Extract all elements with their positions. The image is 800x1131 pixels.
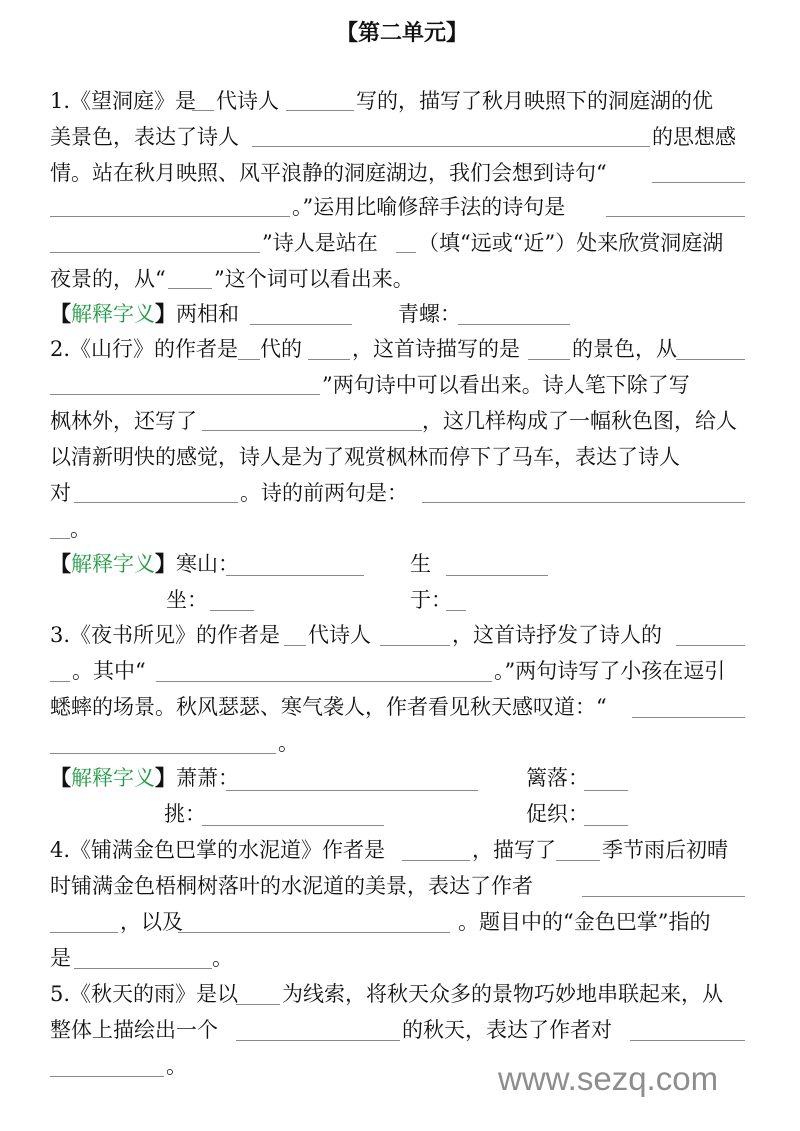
q1-blank-verse-a[interactable] [652,182,745,183]
q3-text: 3.《夜书所见》的作者是 [50,622,280,648]
q1-text: 的思想感 [652,124,736,150]
vocab-term-hanshan: 寒山： [176,552,239,576]
q2-text: 以清新明快的感觉，诗人是为了观赏枫林而停下了马车，表达了诗人 [50,444,680,470]
q1-text: 情。站在秋月映照、风平浪静的洞庭湖边，我们会想到诗句“ [50,160,607,186]
vocab-term-xiaoxiao: 萧萧： [176,766,239,790]
q5-text: 。 [166,1053,187,1079]
q3-blank-verse[interactable] [156,681,492,682]
q4-blank-author[interactable] [402,860,470,861]
q3-text: 。其中“ [72,658,146,684]
q2-blank-yu[interactable] [446,610,466,611]
bracket-close: 】 [155,765,176,790]
q3-text: 代诗人 [308,622,371,648]
q4-text: 4.《铺满金色巴掌的水泥道》作者是 [50,837,385,863]
q2-blank-first-lines-b[interactable] [50,538,70,539]
q2-text: 对 [50,480,71,506]
vocab-term-zuo: 坐： [166,587,208,613]
q3-vocab: 【解释字义】萧萧： [50,765,239,791]
q5-blank-feeling-a[interactable] [630,1040,745,1041]
q1-blank-verse-b[interactable] [50,216,290,217]
q1-blank-qingluo[interactable] [458,324,570,325]
q4-text: 是 [50,945,71,971]
q4-blank-golden-palm[interactable] [74,968,212,969]
q5-text: 整体上描绘出一个 [50,1017,218,1043]
q2-blank-sheng[interactable] [446,575,548,576]
vocab-label: 解释字义 [71,302,155,326]
q2-blank-hanshan[interactable] [226,575,364,576]
q1-text: 1.《望洞庭》是 [50,88,196,114]
q5-text: 的秋天，表达了作者对 [402,1017,612,1043]
bracket-open: 【 [50,765,71,790]
bracket-close: 】 [155,551,176,576]
q2-text: 。 [70,516,91,542]
q1-blank-emotion[interactable] [252,146,650,147]
q3-text: 。 [278,730,299,756]
q1-blank-metaphor-a[interactable] [606,216,745,217]
q4-blank-emotion-b[interactable] [50,932,118,933]
q4-blank-season[interactable] [556,860,600,861]
q2-text: 的景色，从 [572,336,677,362]
q5-blank-autumn[interactable] [236,1040,400,1041]
q5-text: 5.《秋天的雨》是以 [50,981,238,1007]
q3-blank-poet[interactable] [380,645,450,646]
q2-blank-verse-a[interactable] [676,359,745,360]
q5-text: 为线索，将秋天众多的景物巧妙地串联起来，从 [282,981,723,1007]
q4-text: 时铺满金色梧桐树落叶的水泥道的美景，表达了作者 [50,873,533,899]
q4-text: 。题目中的“金色巴掌”指的 [458,909,710,935]
q2-blank-scenery[interactable] [202,430,422,431]
q1-text: 夜景的，从“ [50,266,166,292]
bracket-open: 【 [50,301,71,326]
q3-blank-tiao[interactable] [202,825,384,826]
q3-text: 蟋蟀的场景。秋风瑟瑟、寒气袭人，作者看见秋天感叹道：“ [50,694,607,720]
q2-text: ，这首诗描写的是 [352,336,520,362]
bracket-open: 【 [50,551,71,576]
q1-text: 。”运用比喻修辞手法的诗句是 [292,194,565,220]
section-title: 【第二单元】 [336,20,468,46]
q3-blank-emotion-b[interactable] [50,681,70,682]
q3-text: ，这首诗抒发了诗人的 [452,622,662,648]
q2-text: 代的 [260,336,302,362]
q5-blank-clue[interactable] [236,1004,280,1005]
vocab-term-liluo: 篱落： [526,765,589,791]
q5-blank-feeling-b[interactable] [50,1076,164,1077]
q2-blank-first-lines-a[interactable] [422,502,745,503]
q3-blank-cuzhi[interactable] [584,825,628,826]
q1-blank-word[interactable] [168,288,212,289]
q3-blank-sigh-a[interactable] [632,717,745,718]
watermark: www.sezq.com [498,1060,718,1098]
vocab-label: 解释字义 [71,552,155,576]
q2-vocab: 【解释字义】寒山： [50,551,239,577]
q2-text: 枫林外，还写了 [50,408,197,434]
q1-text: （填“远或“近”）处来欣赏洞庭湖 [418,230,723,256]
q1-text: 代诗人 [216,88,279,114]
q4-text: 。 [212,945,233,971]
q1-text: ”诗人是站在 [262,230,378,256]
q1-blank-far-near[interactable] [396,252,416,253]
q2-blank-season[interactable] [528,359,570,360]
vocab-term-sheng: 生 [410,551,431,577]
q2-blank-feeling[interactable] [74,502,238,503]
q1-blank-liangxianghe[interactable] [250,324,352,325]
vocab-term-qingluo: 青螺： [398,301,461,327]
vocab-label: 解释字义 [71,766,155,790]
q2-text: 2.《山行》的作者是 [50,336,238,362]
q2-blank-dynasty[interactable] [238,359,260,360]
q3-blank-dynasty[interactable] [284,645,306,646]
q2-blank-verse-b[interactable] [50,394,320,395]
q3-text: 。”两句诗写了小孩在逗引 [494,658,725,684]
vocab-term-cuzhi: 促织： [526,801,589,827]
q1-text: ”这个词可以看出来。 [214,266,414,292]
q1-vocab: 【解释字义】两相和 [50,301,239,327]
vocab-term-liangxianghe: 两相和 [176,302,239,326]
q2-text: ”两句诗中可以看出来。诗人笔下除了写 [322,372,690,398]
q2-blank-zuo[interactable] [210,610,254,611]
q4-blank-emotion-a[interactable] [582,896,745,897]
q3-blank-sigh-b[interactable] [50,753,276,754]
q4-text: ，描写了 [472,837,556,863]
q1-blank-poet[interactable] [286,110,354,111]
q4-text: 季节雨后初晴 [602,837,728,863]
q1-text: 美景色，表达了诗人 [50,124,239,150]
bracket-close: 】 [155,301,176,326]
q1-text: 写的，描写了秋月映照下的洞庭湖的优 [356,88,713,114]
vocab-term-tiao: 挑： [164,801,206,827]
q2-text: 。诗的前两句是： [240,480,408,506]
q4-blank-also[interactable] [178,932,450,933]
q2-blank-author[interactable] [308,359,350,360]
q1-blank-dynasty[interactable] [192,110,214,111]
q2-text: ，这几样构成了一幅秋色图，给人 [422,408,737,434]
q3-blank-liluo[interactable] [584,790,628,791]
q3-blank-xiaoxiao[interactable] [226,790,478,791]
q3-blank-emotion-a[interactable] [676,645,745,646]
q1-blank-metaphor-b[interactable] [50,252,260,253]
q4-text: ，以及 [120,909,183,935]
